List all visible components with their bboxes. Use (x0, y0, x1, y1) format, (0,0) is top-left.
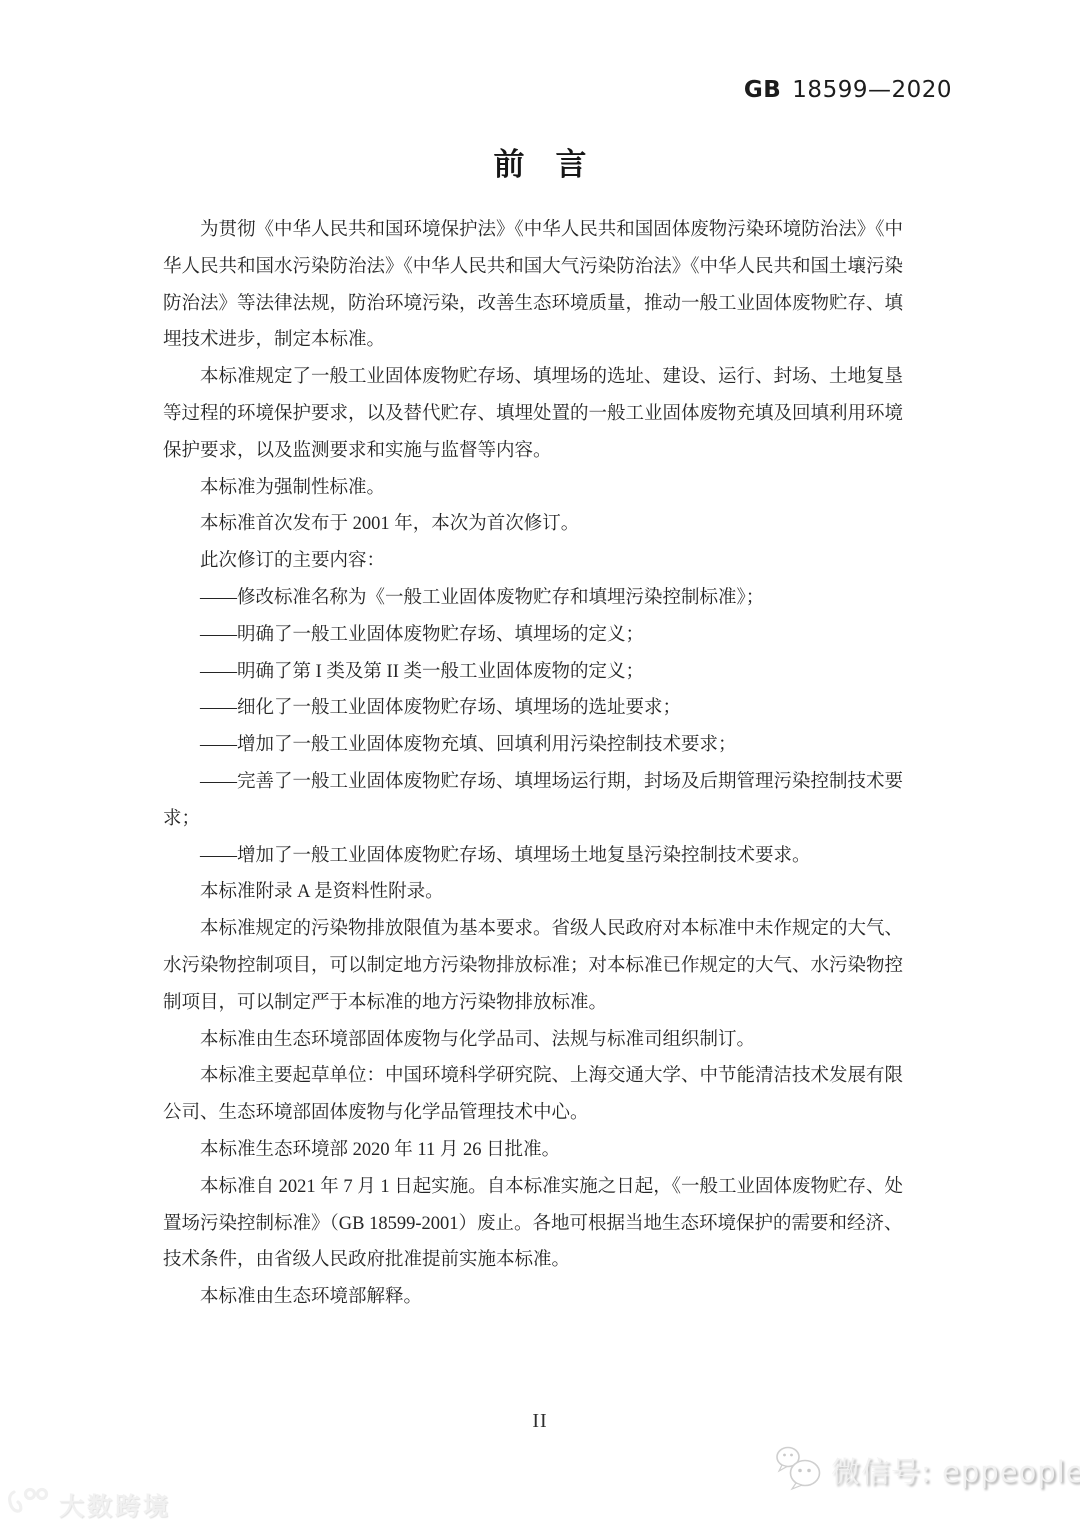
text-line: ——细化了一般工业固体废物贮存场、填埋场的选址要求； (163, 690, 923, 727)
text-line: 华人民共和国水污染防治法》《中华人民共和国大气污染防治法》《中华人民共和国土壤污… (163, 249, 923, 286)
text-line: 本标准为强制性标准。 (163, 470, 923, 507)
text-line: 本标准规定了一般工业固体废物贮存场、填埋场的选址、建设、运行、封场、土地复垦 (163, 359, 923, 396)
text-line: 本标准首次发布于 2001 年，本次为首次修订。 (163, 506, 923, 543)
text-line: 本标准由生态环境部固体废物与化学品司、法规与标准司组织制订。 (163, 1022, 923, 1059)
wechat-icon (774, 1444, 824, 1497)
text-line: 公司、生态环境部固体废物与化学品管理技术中心。 (163, 1095, 923, 1132)
text-line: 本标准主要起草单位：中国环境科学研究院、上海交通大学、中节能清洁技术发展有限 (163, 1058, 923, 1095)
text-line: 本标准生态环境部 2020 年 11 月 26 日批准。 (163, 1132, 923, 1169)
text-line: 水污染物控制项目，可以制定地方污染物排放标准；对本标准已作规定的大气、水污染物控 (163, 948, 923, 985)
text-line: ——完善了一般工业固体废物贮存场、填埋场运行期，封场及后期管理污染控制技术要 (163, 764, 923, 801)
text-line: 制项目，可以制定严于本标准的地方污染物排放标准。 (163, 985, 923, 1022)
wechat-label: 微信号: eppeople (831, 1450, 1080, 1491)
page-number: II (0, 1410, 1080, 1433)
text-line: 埋技术进步，制定本标准。 (163, 322, 923, 359)
text-line: ——增加了一般工业固体废物贮存场、填埋场土地复垦污染控制技术要求。 (163, 838, 923, 875)
text-line: 此次修订的主要内容： (163, 543, 923, 580)
text-line: 本标准附录 A 是资料性附录。 (163, 874, 923, 911)
dashu-logo-icon (6, 1484, 52, 1525)
wechat-watermark: 微信号: eppeople (774, 1444, 1080, 1497)
body-text: 为贯彻《中华人民共和国环境保护法》《中华人民共和国固体废物污染环境防治法》《中华… (163, 212, 923, 1316)
text-line: ——明确了第 I 类及第 II 类一般工业固体废物的定义； (163, 654, 923, 691)
text-line: 求； (163, 801, 923, 838)
text-line: 本标准由生态环境部解释。 (163, 1279, 923, 1316)
text-line: 为贯彻《中华人民共和国环境保护法》《中华人民共和国固体废物污染环境防治法》《中 (163, 212, 923, 249)
standard-code-number: 18599—2020 (792, 77, 952, 103)
page-title: 前 言 (0, 139, 1080, 184)
brand-label: 大数跨境 (59, 1487, 171, 1523)
text-line: 防治法》等法律法规，防治环境污染，改善生态环境质量，推动一般工业固体废物贮存、填 (163, 286, 923, 323)
text-line: ——修改标准名称为《一般工业固体废物贮存和填埋污染控制标准》； (163, 580, 923, 617)
text-line: 保护要求，以及监测要求和实施与监督等内容。 (163, 433, 923, 470)
text-line: 本标准自 2021 年 7 月 1 日起实施。自本标准实施之日起，《一般工业固体… (163, 1169, 923, 1206)
standard-code-prefix: GB (744, 77, 781, 103)
document-page: GB18599—2020 前 言 为贯彻《中华人民共和国环境保护法》《中华人民共… (0, 0, 1080, 1527)
text-line: 等过程的环境保护要求，以及替代贮存、填埋处置的一般工业固体废物充填及回填利用环境 (163, 396, 923, 433)
brand-watermark: 大数跨境 (6, 1484, 171, 1525)
text-line: ——明确了一般工业固体废物贮存场、填埋场的定义； (163, 617, 923, 654)
standard-code: GB18599—2020 (744, 77, 952, 103)
text-line: ——增加了一般工业固体废物充填、回填利用污染控制技术要求； (163, 727, 923, 764)
text-line: 置场污染控制标准》（GB 18599-2001）废止。各地可根据当地生态环境保护… (163, 1206, 923, 1243)
text-line: 技术条件，由省级人民政府批准提前实施本标准。 (163, 1242, 923, 1279)
text-line: 本标准规定的污染物排放限值为基本要求。省级人民政府对本标准中未作规定的大气、 (163, 911, 923, 948)
